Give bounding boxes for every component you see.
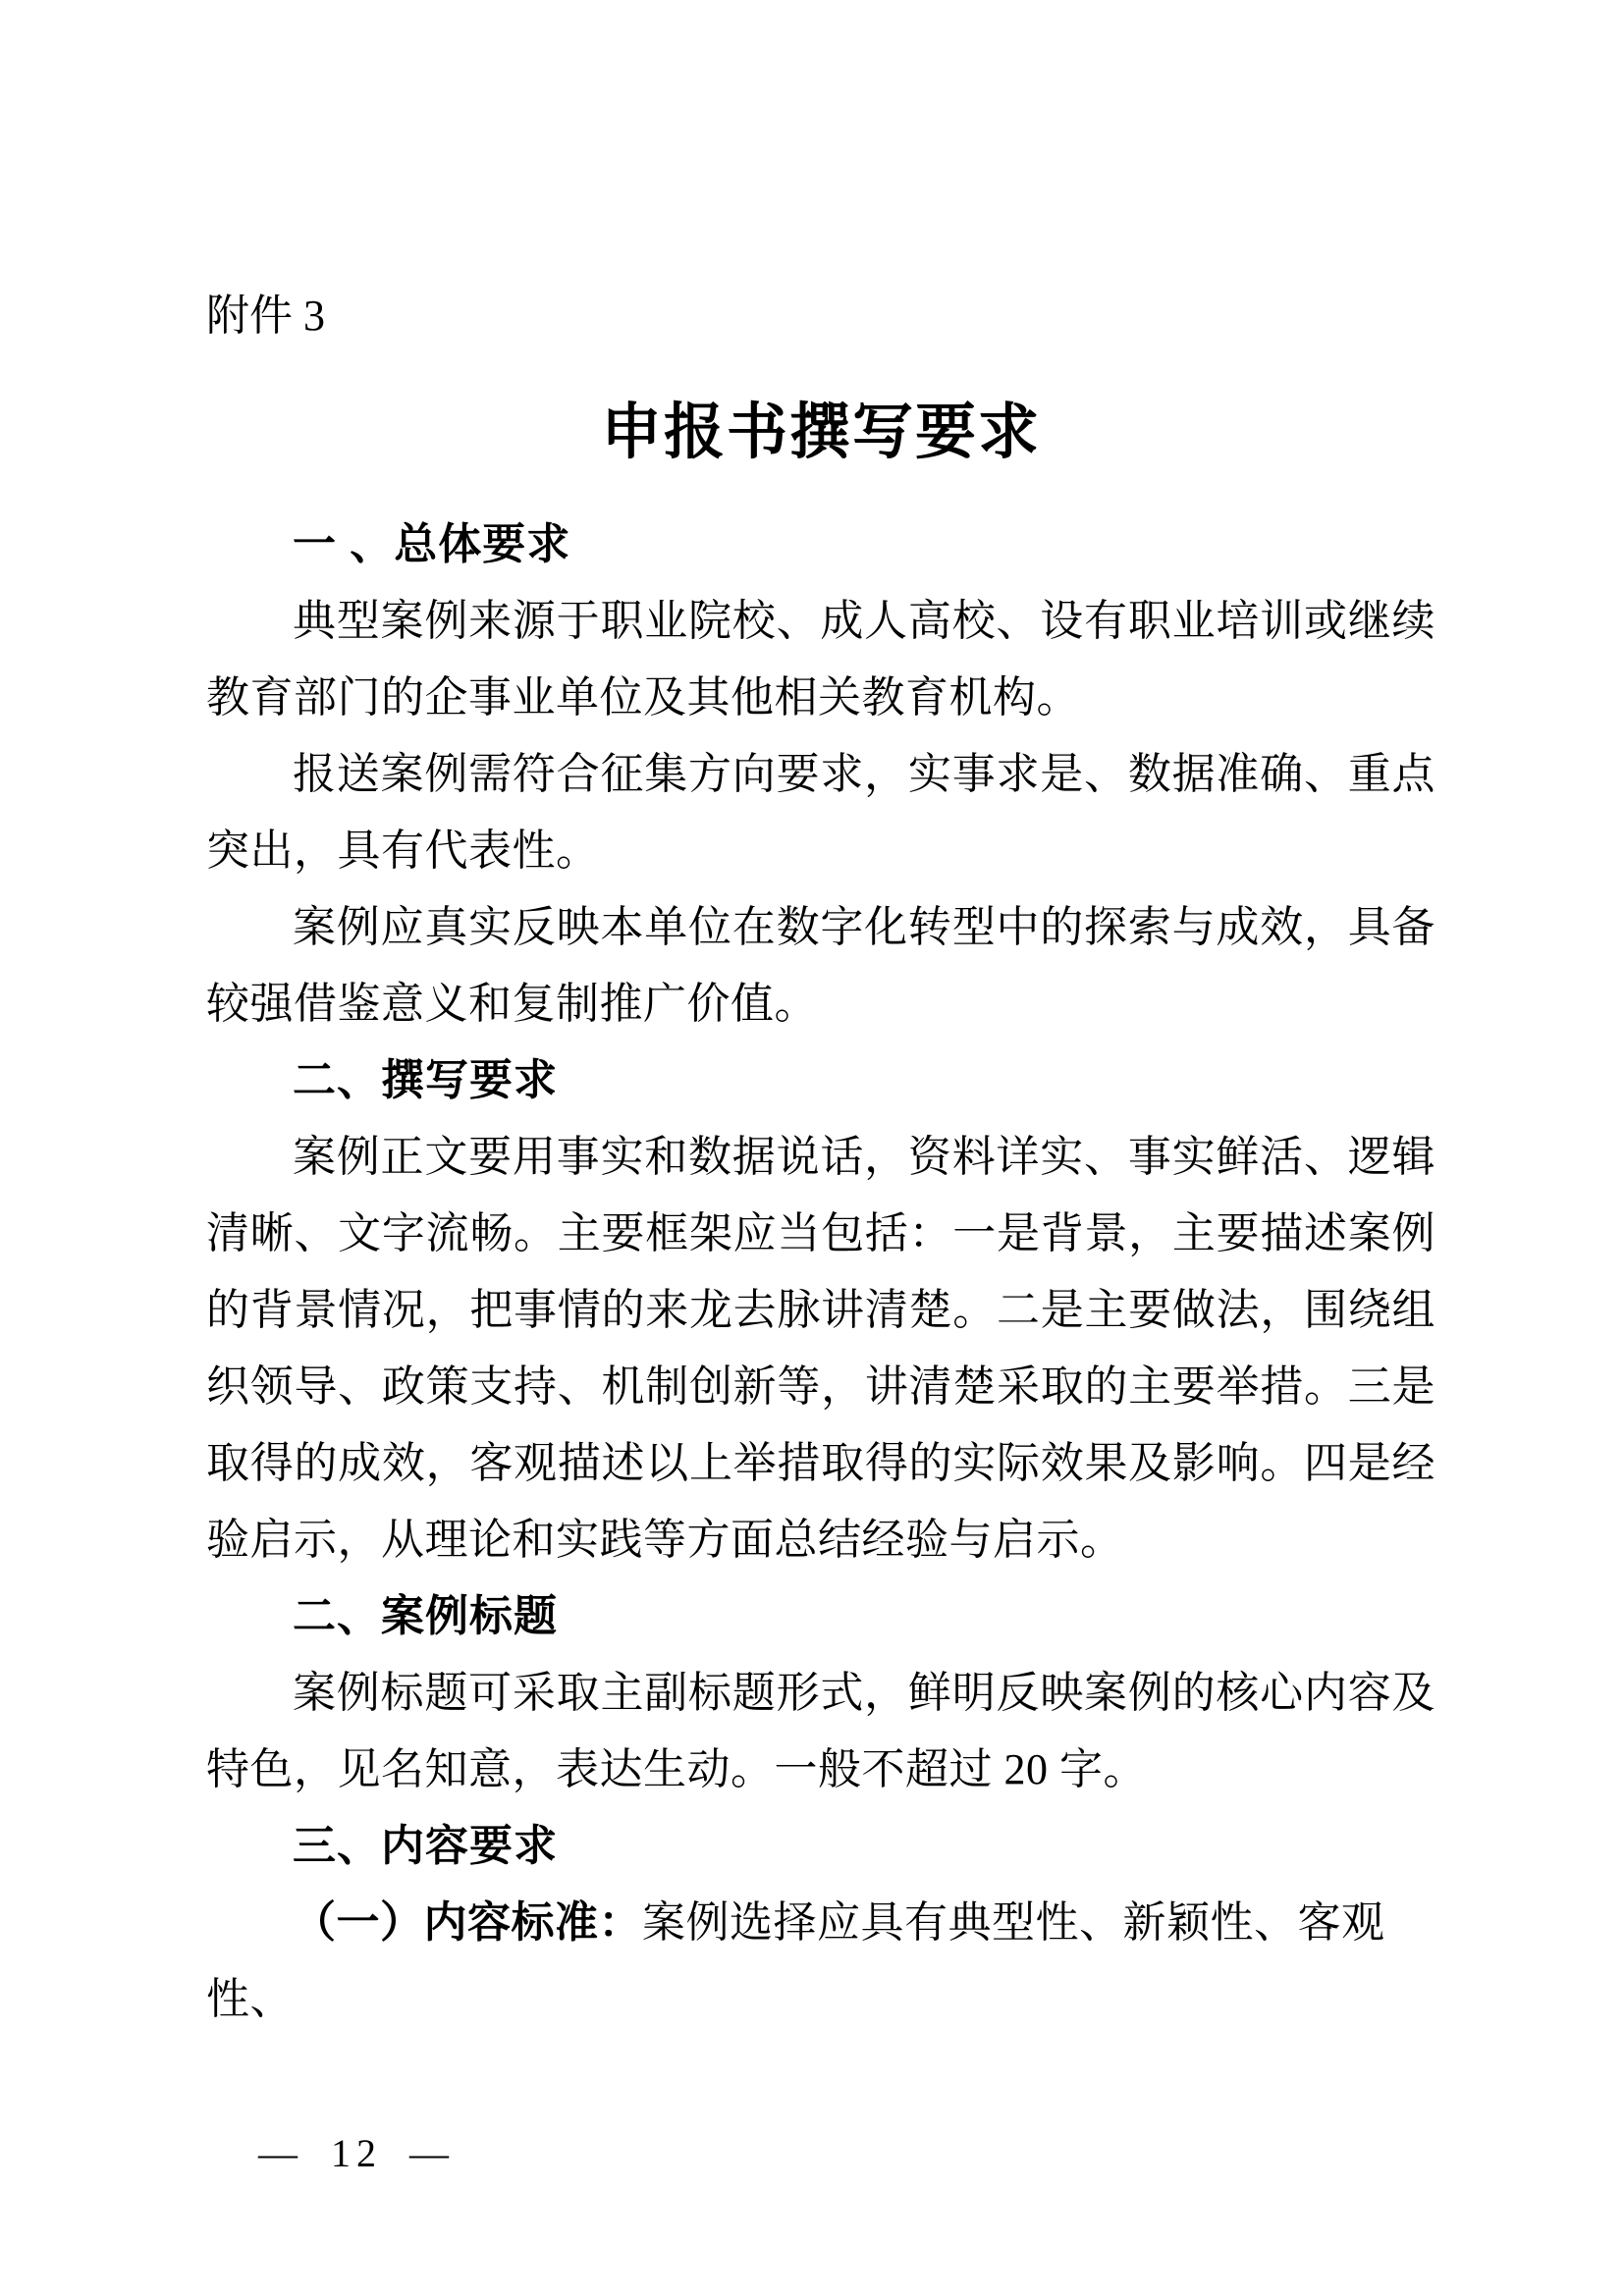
document-title: 申报书撰写要求 <box>206 391 1435 475</box>
paragraph: 案例正文要用事实和数据说话，资料详实、事实鲜活、逻辑清晰、文字流畅。主要框架应当… <box>206 1119 1435 1578</box>
paragraph-lead-bold: （一）内容标准： <box>293 1898 642 1947</box>
paragraph: 典型案例来源于职业院校、成人高校、设有职业培训或继续教育部门的企事业单位及其他相… <box>206 583 1435 736</box>
section-heading-case-title: 二、案例标题 <box>206 1578 1435 1655</box>
document-content: 附件 3 申报书撰写要求 一 、总体要求 典型案例来源于职业院校、成人高校、设有… <box>206 0 1435 2038</box>
sections-container: 一 、总体要求 典型案例来源于职业院校、成人高校、设有职业培训或继续教育部门的企… <box>206 507 1435 2038</box>
attachment-label: 附件 3 <box>206 291 1435 342</box>
paragraph: 案例标题可采取主副标题形式，鲜明反映案例的核心内容及特色，见名知意，表达生动。一… <box>206 1655 1435 1808</box>
page-number: — 12 — <box>258 2130 455 2177</box>
section-heading-writing-requirements: 二、撰写要求 <box>206 1042 1435 1119</box>
document-page: 附件 3 申报书撰写要求 一 、总体要求 典型案例来源于职业院校、成人高校、设有… <box>0 0 1624 2296</box>
section-heading-content-requirements: 三、内容要求 <box>206 1808 1435 1885</box>
section-heading-overall-requirements: 一 、总体要求 <box>206 507 1435 583</box>
paragraph: （一）内容标准：案例选择应具有典型性、新颖性、客观性、 <box>206 1885 1435 2038</box>
paragraph: 案例应真实反映本单位在数字化转型中的探索与成效，具备较强借鉴意义和复制推广价值。 <box>206 889 1435 1042</box>
paragraph: 报送案例需符合征集方向要求，实事求是、数据准确、重点突出，具有代表性。 <box>206 736 1435 889</box>
